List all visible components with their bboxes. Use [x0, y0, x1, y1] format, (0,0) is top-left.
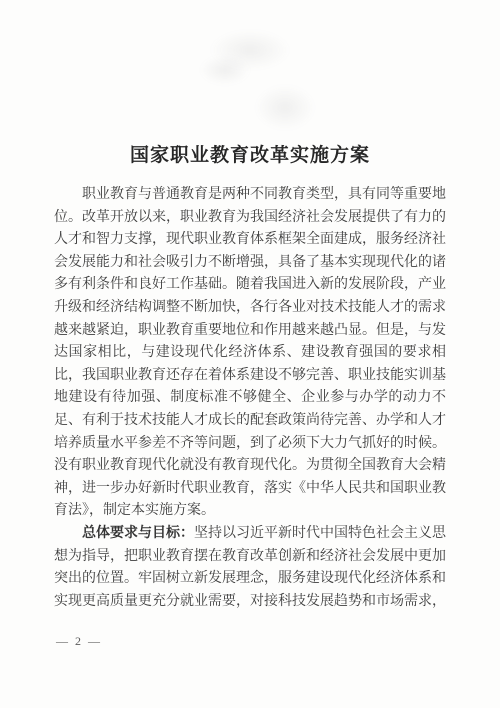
document-page: 国家职业教育改革实施方案 职业教育与普通教育是两种不同教育类型，具有同等重要地 … — [0, 0, 500, 708]
body-line: 越来越紧迫，职业教育重要地位和作用越来越凸显。但是，与发 — [54, 320, 446, 343]
body-line: 达国家相比，与建设现代化经济体系、建设教育强国的要求相 — [54, 342, 446, 365]
section-heading-lead: 总体要求与目标： — [82, 526, 194, 541]
body-line-text: 坚持以习近平新时代中国特色社会主义思 — [194, 526, 446, 541]
body-line: 实现更高质量更充分就业需要，对接科技发展趋势和市场需求， — [54, 591, 446, 614]
body-line: 地建设有待加强、制度标准不够健全、企业参与办学的动力不 — [54, 387, 446, 410]
scan-smudge — [210, 30, 290, 70]
document-body: 职业教育与普通教育是两种不同教育类型，具有同等重要地 位。改革开放以来，职业教育… — [54, 184, 446, 613]
body-line: 人才和智力支撑，现代职业教育体系框架全面建成，服务经济社 — [54, 229, 446, 252]
scan-smudge — [200, 55, 250, 85]
body-line: 会发展能力和社会吸引力不断增强，具备了基本实现现代化的诸 — [54, 252, 446, 275]
scan-smudge — [255, 85, 315, 130]
body-line: 多有利条件和良好工作基础。随着我国进入新的发展阶段，产业 — [54, 274, 446, 297]
body-line: 育法》，制定本实施方案。 — [54, 500, 446, 523]
page-number: — 2 — — [56, 634, 102, 649]
body-line: 比，我国职业教育还存在着体系建设不够完善、职业技能实训基 — [54, 365, 446, 388]
body-line: 突出的位置。牢固树立新发展理念，服务建设现代化经济体系和 — [54, 568, 446, 591]
body-line: 职业教育与普通教育是两种不同教育类型，具有同等重要地 — [54, 184, 446, 207]
body-line: 没有职业教育现代化就没有教育现代化。为贯彻全国教育大会精 — [54, 455, 446, 478]
body-line: 总体要求与目标：坚持以习近平新时代中国特色社会主义思 — [54, 523, 446, 546]
body-line: 想为指导，把职业教育摆在教育改革创新和经济社会发展中更加 — [54, 546, 446, 569]
body-line: 位。改革开放以来，职业教育为我国经济社会发展提供了有力的 — [54, 207, 446, 230]
body-line: 足、有利于技术技能人才成长的配套政策尚待完善、办学和人才 — [54, 410, 446, 433]
document-title: 国家职业教育改革实施方案 — [0, 140, 500, 167]
body-line: 升级和经济结构调整不断加快，各行各业对技术技能人才的需求 — [54, 297, 446, 320]
body-line: 培养质量水平参差不齐等问题，到了必须下大力气抓好的时候。 — [54, 433, 446, 456]
body-line: 神，进一步办好新时代职业教育，落实《中华人民共和国职业教 — [54, 478, 446, 501]
